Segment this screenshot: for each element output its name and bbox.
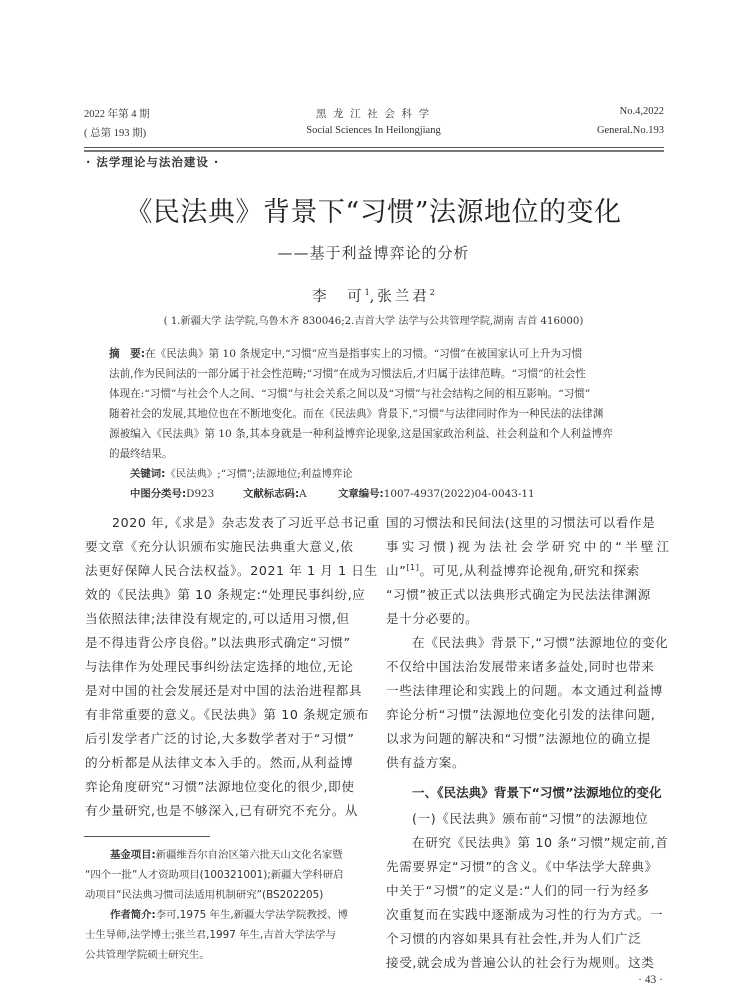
author-bio-line-3: 公共管理学院硕士研究生。 <box>85 946 210 961</box>
article-number: 文章编号:1007-4937(2022)04-0043-11 <box>338 485 535 500</box>
body-right-line-15: 次重复而在实践中逐渐成为习性的行为方式。一 <box>386 904 663 923</box>
abstract-label: 摘 要: <box>109 348 145 360</box>
authors: 李 可1,张兰君2 <box>0 285 747 306</box>
issue-number-right: No.4,2022 <box>620 106 664 117</box>
body-right-line-4: “习惯”被正式以法典形式确定为民法法律渊源 <box>386 584 651 603</box>
body-right-line-17: 接受,就会成为普遍公认的社会行为规则。这类 <box>386 952 654 971</box>
body-right-line-5: 是十分必要的。 <box>386 608 478 627</box>
footnote-rule <box>84 836 210 837</box>
abstract-line-6: 的最终结果。 <box>109 445 173 465</box>
affiliations: ( 1.新疆大学 法学院,乌鲁木齐 830046;2.吉首大学 法学与公共管理学… <box>0 312 747 327</box>
author-1: 李 可 <box>312 289 365 305</box>
author-bio-line-2: 士生导师,法学博士;张兰君,1997 年生,吉首大学法学与 <box>85 926 336 941</box>
author-2-affil-mark: 2 <box>430 288 435 297</box>
body-right-line-12: 在研究《民法典》第 10 条“习惯”规定前,首 <box>412 832 668 851</box>
body-left-line-10: 后引发学者广泛的讨论,大多数学者对于“习惯” <box>85 728 355 747</box>
body-left-line-12: 弈论角度研究“习惯”法源地位变化的很少,即使 <box>85 776 355 795</box>
abstract-line-4: 随着社会的发展,其地位也在不断地变化。而在《民法典》背景下,“习惯”与法律同时作… <box>109 405 603 425</box>
body-right-line-6: 在《民法典》背景下,“习惯”法源地位的变化 <box>412 632 668 651</box>
body-left-line-9: 有非常重要的意义。《民法典》第 10 条规定颁布 <box>85 704 369 723</box>
body-right-line-8: 一些法律理论和实践上的问题。本文通过利益博 <box>386 680 663 699</box>
keywords-value: 《民法典》;“习惯”;法源地位;利益博弈论 <box>165 468 352 480</box>
body-left-line-7: 与法律作为处理民事纠纷法定选择的地位,无论 <box>85 656 353 675</box>
fund-line-2: “四个一批”人才资助项目(100321001);新疆大学科研启 <box>85 866 344 881</box>
body-left-line-13: 有少量研究,也是不够深入,已有研究不充分。从 <box>85 800 358 819</box>
article-subtitle: ——基于利益博弈论的分析 <box>0 242 747 263</box>
body-right-line-9: 弈论分析“习惯”法源地位变化引发的法律问题, <box>386 704 656 723</box>
body-right-line-1: 国的习惯法和民间法(这里的习惯法可以看作是 <box>386 512 655 531</box>
body-right-line-16: 个习惯的内容如果具有社会性,并为人们广泛 <box>386 928 641 947</box>
citation-ref-1[interactable]: [1] <box>406 563 419 572</box>
body-right-line-3: 山”[1]。可见,从利益博弈论视角,研究和探索 <box>386 560 640 579</box>
body-right-line-11: 供有益方案。 <box>386 752 465 771</box>
body-left-line-2: 要文章《充分认识颁布实施民法典重大意义,依 <box>85 536 353 555</box>
author-bio-line-1: 作者简介:李可,1975 年生,新疆大学法学院教授、博 <box>110 906 348 921</box>
author-bio-label: 作者简介: <box>110 909 156 921</box>
section-heading-1: 一、《民法典》背景下“习惯”法源地位的变化 <box>412 782 662 801</box>
fund-line-1: 基金项目:新疆维吾尔自治区第六批天山文化名家暨 <box>110 846 343 861</box>
body-right-line-10: 以求为问题的解决和“习惯”法源地位的确立提 <box>386 728 651 747</box>
abstract-line-3: 体现在:“习惯”与社会个人之间、“习惯”与社会关系之间以及“习惯”与社会结构之间… <box>109 385 590 405</box>
document-code: 文献标志码:A <box>243 485 307 500</box>
header-rule-thin <box>84 147 664 148</box>
body-left-line-8: 是对中国的社会发展还是对中国的法治进程都具 <box>85 680 362 699</box>
body-right-line-14: 中关于“习惯”的定义是:“人们的同一行为经多 <box>386 880 650 899</box>
body-left-line-11: 的分析都是从法律文本入手的。然而,从利益博 <box>85 752 353 771</box>
page-number: · 43 · <box>638 974 663 986</box>
body-left-line-6: 是不得违背公序良俗。”以法典形式确定“习惯” <box>85 632 351 651</box>
body-left-line-3: 法更好保障人民合法权益》。2021 年 1 月 1 日生 <box>85 560 378 579</box>
abstract-line-1: 摘 要:在《民法典》第 10 条规定中,“习惯”应当是指事实上的习惯。“习惯”在… <box>109 345 582 365</box>
keywords-label: 关键词: <box>130 468 165 480</box>
abstract-line-2: 法前,作为民间法的一部分属于社会性范畴;“习惯”在成为习惯法后,才归属于法律范畴… <box>109 365 586 385</box>
body-left-line-5: 当依照法律;法律没有规定的,可以适用习惯,但 <box>85 608 350 627</box>
subsection-heading-1-1: (一)《民法典》颁布前“习惯”的法源地位 <box>412 808 648 827</box>
article-title: 《民法典》背景下“习惯”法源地位的变化 <box>0 190 747 229</box>
body-left-line-4: 效的《民法典》第 10 条规定:“处理民事纠纷,应 <box>85 584 366 603</box>
total-issue-right: General.No.193 <box>597 125 664 136</box>
header-rule-thick <box>84 150 664 152</box>
fund-label: 基金项目: <box>110 849 156 861</box>
body-left-line-1: 2020 年,《求是》杂志发表了习近平总书记重 <box>112 512 380 531</box>
body-right-line-7: 不仅给中国法治发展带来诸多益处,同时也带来 <box>386 656 654 675</box>
abstract-line-5: 源被编入《民法典》第 10 条,其本身就是一种利益博弈论现象,这是国家政治利益、… <box>109 425 613 445</box>
author-2: 张兰君 <box>377 289 430 305</box>
keywords: 关键词:《民法典》;“习惯”;法源地位;利益博弈论 <box>130 465 353 480</box>
clc-number: 中图分类号:D923 <box>130 485 214 500</box>
fund-line-3: 动项目“民法典习惯司法适用机制研究”(BS202205) <box>85 886 323 901</box>
body-right-line-13: 先需要界定“习惯”的含义。《中华法学大辞典》 <box>386 856 658 875</box>
section-tag: · 法学理论与法治建设 · <box>86 154 219 170</box>
body-right-line-2: 事实习惯)视为法社会学研究中的“半壁江 <box>386 536 672 555</box>
